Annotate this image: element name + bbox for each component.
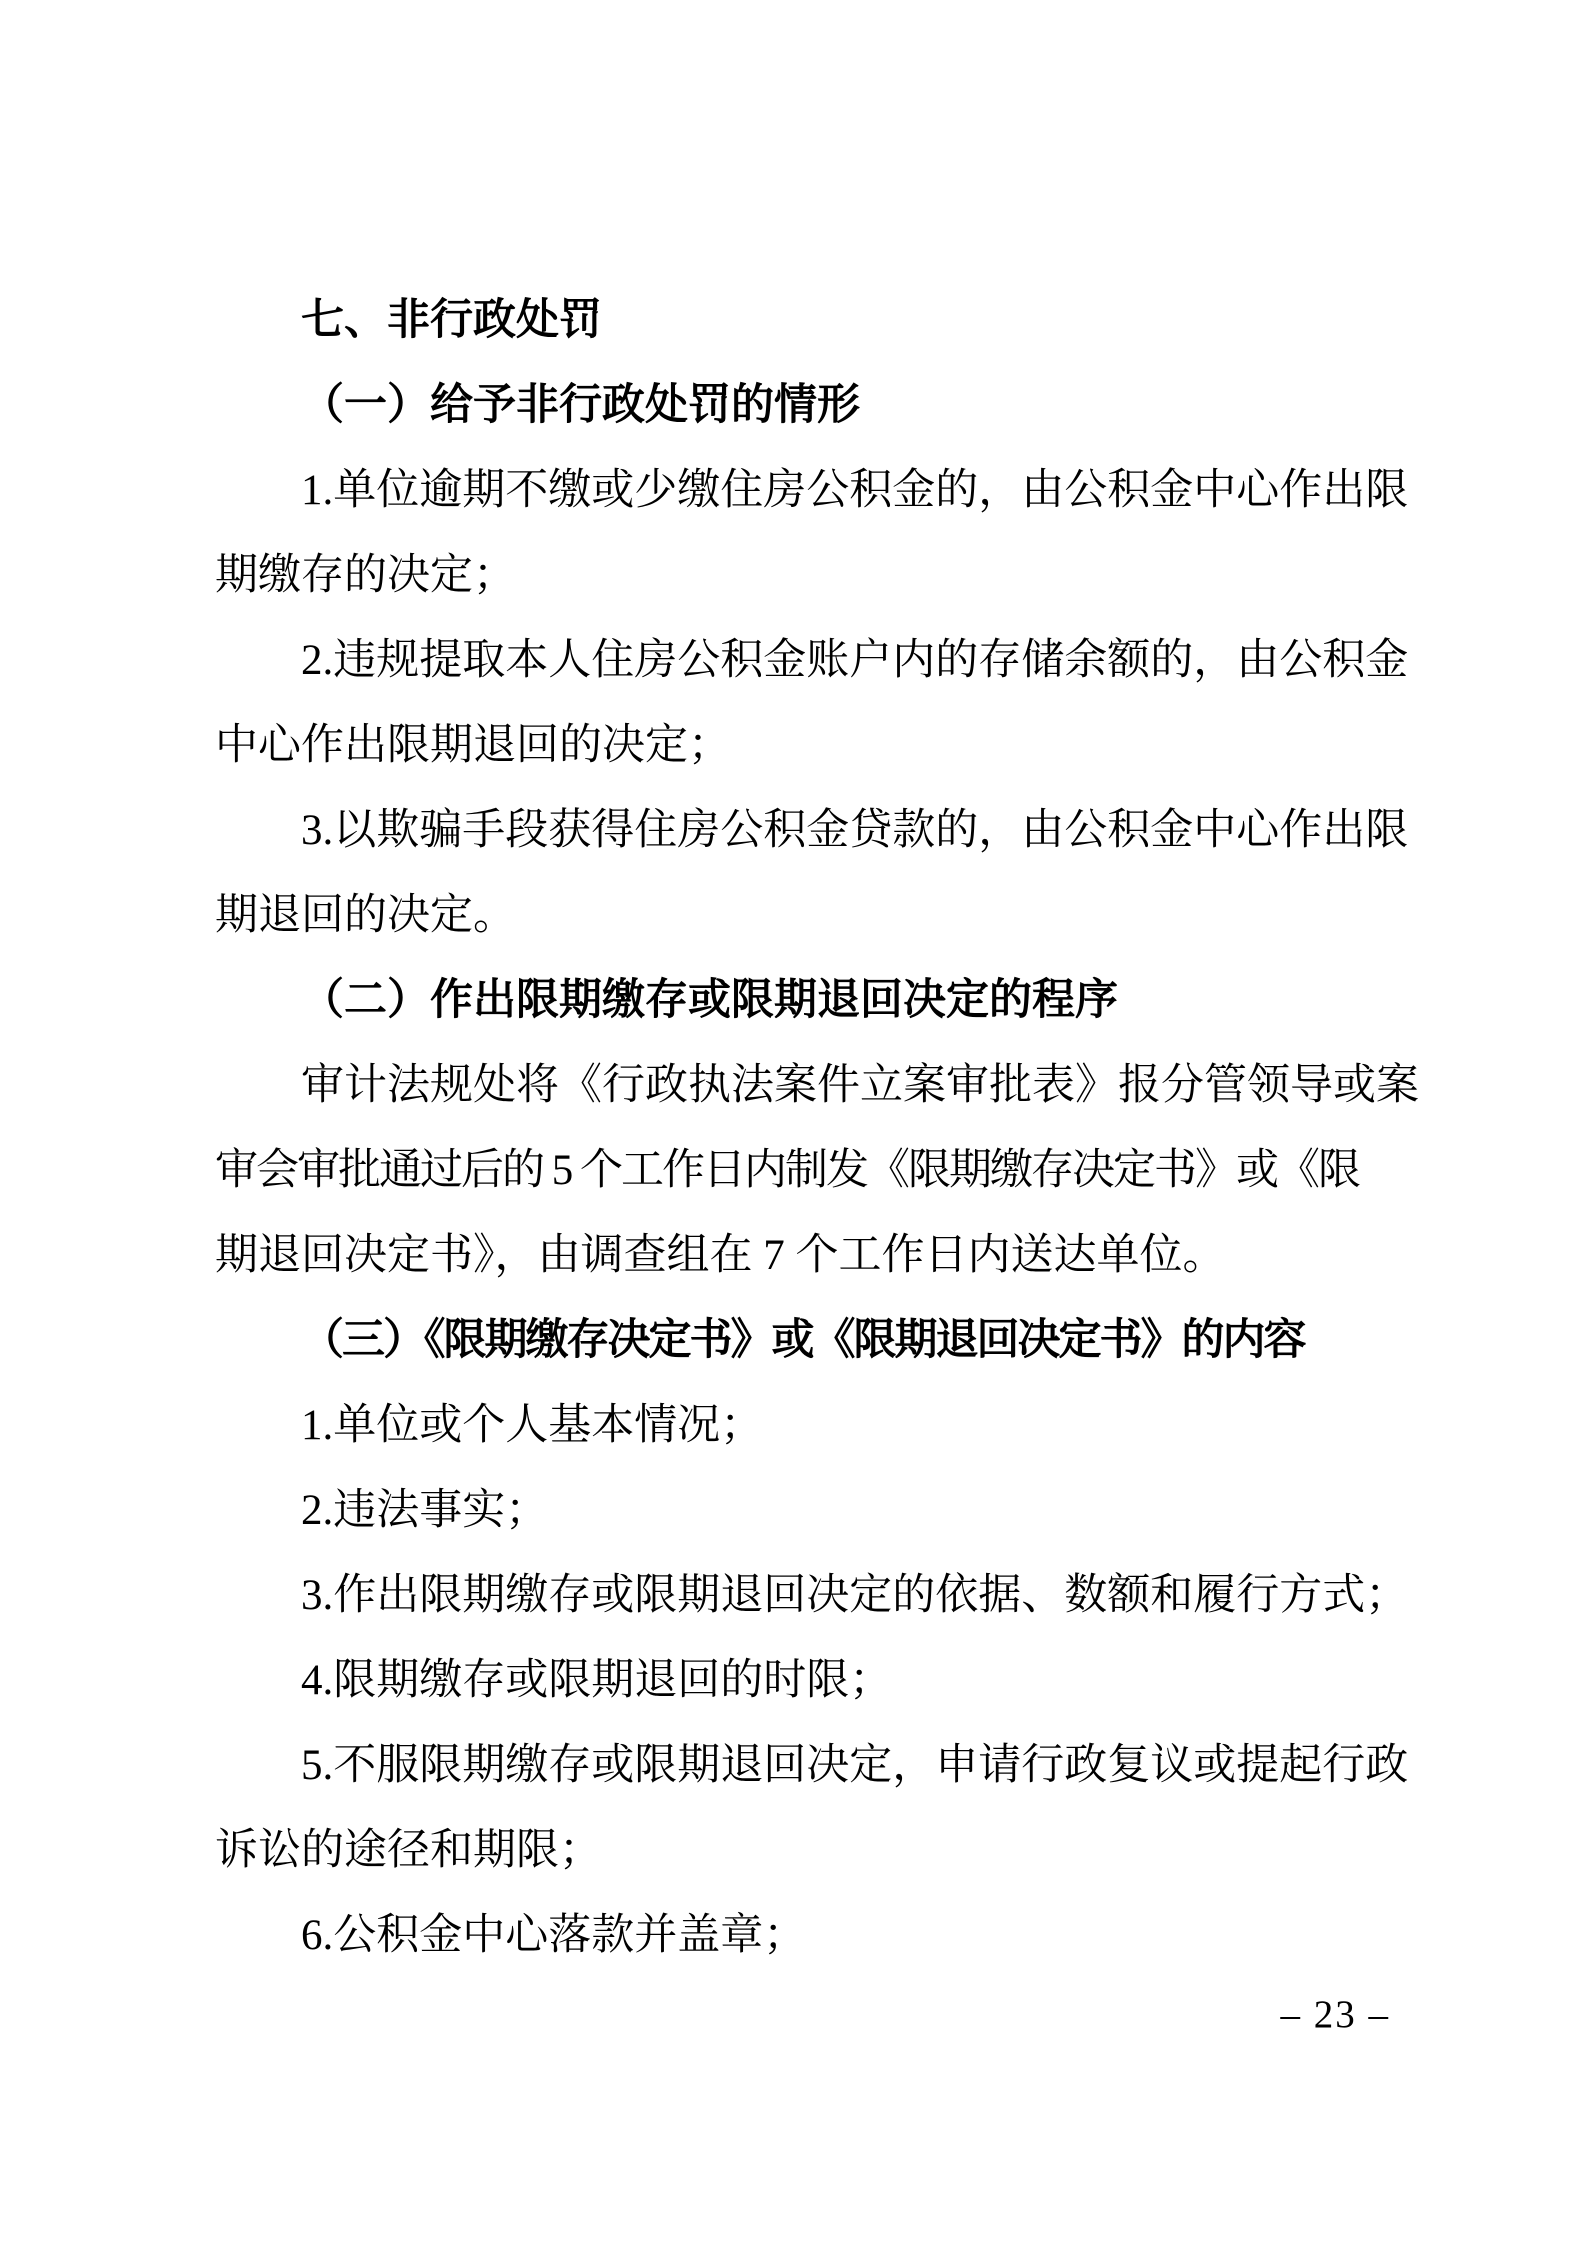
body-line: 审会审批通过后的 5 个工作日内制发《限期缴存决定书》或《限 <box>215 1128 1425 1213</box>
body-line: 1.单位逾期不缴或少缴住房公积金的，由公积金中心作出限 <box>215 448 1425 533</box>
body-line: 中心作出限期退回的决定； <box>215 703 1425 788</box>
body-line: 期缴存的决定； <box>215 533 1425 618</box>
document-body: 七、非行政处罚 （一）给予非行政处罚的情形 1.单位逾期不缴或少缴住房公积金的，… <box>215 278 1425 1978</box>
body-line: 4.限期缴存或限期退回的时限； <box>215 1638 1425 1723</box>
body-line: 2.违规提取本人住房公积金账户内的存储余额的，由公积金 <box>215 618 1425 703</box>
chapter-heading: 七、非行政处罚 <box>215 278 1425 363</box>
subsection-heading-2: （二）作出限期缴存或限期退回决定的程序 <box>215 958 1425 1043</box>
body-line: 期退回决定书》，由调查组在 7 个工作日内送达单位。 <box>215 1213 1425 1298</box>
body-line: 1.单位或个人基本情况； <box>215 1383 1425 1468</box>
page-number: – 23 – <box>1281 1992 1391 2038</box>
subsection-heading-1: （一）给予非行政处罚的情形 <box>215 363 1425 448</box>
document-page: 七、非行政处罚 （一）给予非行政处罚的情形 1.单位逾期不缴或少缴住房公积金的，… <box>0 0 1587 2245</box>
body-line: 期退回的决定。 <box>215 873 1425 958</box>
subsection-heading-3: （三）《限期缴存决定书》或《限期退回决定书》的内容 <box>215 1298 1425 1383</box>
body-line: 诉讼的途径和期限； <box>215 1808 1425 1893</box>
body-line: 5.不服限期缴存或限期退回决定，申请行政复议或提起行政 <box>215 1723 1425 1808</box>
body-line: 6.公积金中心落款并盖章； <box>215 1893 1425 1978</box>
body-line: 2.违法事实； <box>215 1468 1425 1553</box>
body-line: 审计法规处将《行政执法案件立案审批表》报分管领导或案 <box>215 1043 1425 1128</box>
body-line: 3.作出限期缴存或限期退回决定的依据、数额和履行方式； <box>215 1553 1425 1638</box>
body-line: 3.以欺骗手段获得住房公积金贷款的，由公积金中心作出限 <box>215 788 1425 873</box>
